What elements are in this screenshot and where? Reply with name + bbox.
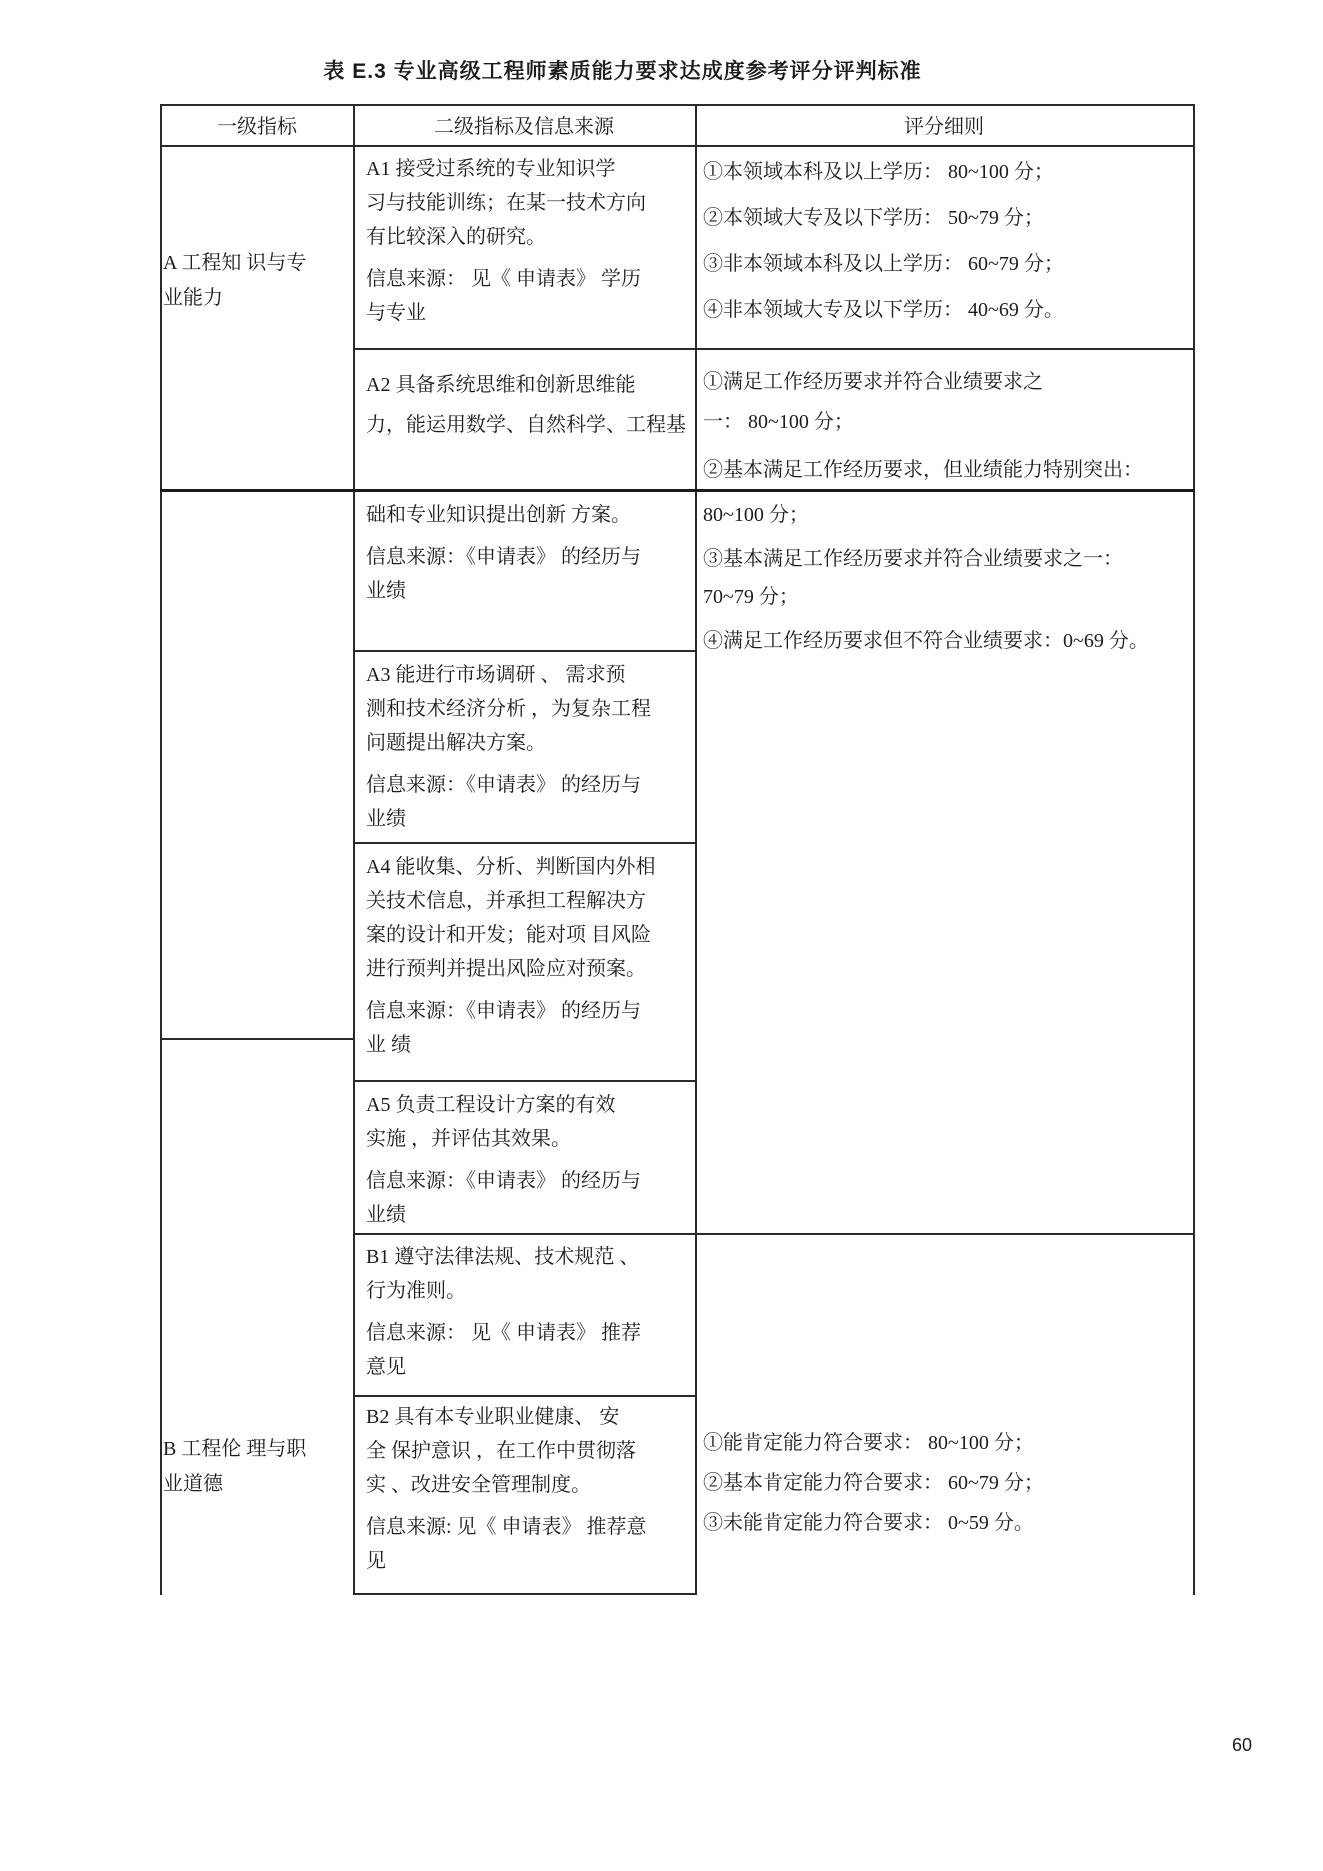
cell-a3: A3 能进行市场调研 、 需求预 测和技术经济分析 ，为复杂工程 问题提出解决方… — [366, 658, 688, 844]
indicator-b: B 工程伦 理与职 业道德 — [163, 1432, 351, 1502]
table-border-row-b1 — [353, 1395, 697, 1397]
score-a1-item3: ③非本领域本科及以上学历： 60~79 分； — [703, 247, 1185, 281]
cell-score-b: ①能肯定能力符合要求： 80~100 分； ②基本肯定能力符合要求： 60~79… — [703, 1426, 1185, 1546]
table-border-col1-col2 — [353, 104, 355, 1595]
header-col2: 二级指标及信息来源 — [355, 112, 693, 142]
cell-a4: A4 能收集、分析、判断国内外相 关技术信息，并承担工程解决方 案的设计和开发；… — [366, 850, 688, 1070]
table-border-top — [160, 104, 1195, 106]
a2-description-part1: A2 具备系统思维和创新思维能 力，能运用数学、自然科学、工程基 — [366, 365, 688, 445]
cell-score-a2-part2: 80~100 分； ③基本满足工作经历要求并符合业绩要求之一： 70~79 分；… — [703, 496, 1185, 666]
score-b-item1: ①能肯定能力符合要求： 80~100 分； — [703, 1426, 1185, 1460]
cell-a5: A5 负责工程设计方案的有效 实施 ，并评估其效果。 信息来源：《申请表》 的经… — [366, 1088, 688, 1240]
score-a2-item2-end: 80~100 分； — [703, 496, 1185, 534]
a2-description-part2: 础和专业知识提出创新 方案。 — [366, 498, 688, 532]
table-border-row-a1 — [353, 348, 1195, 350]
score-a2-item4: ④满足工作经历要求但不符合业绩要求：0~69 分。 — [703, 622, 1185, 660]
cell-b1: B1 遵守法律法规、技术规范 、 行为准则。 信息来源： 见《 申请表》 推荐 … — [366, 1240, 688, 1392]
table-title: 表 E.3 专业高级工程师素质能力要求达成度参考评分评判标准 — [100, 55, 1145, 85]
score-a2-item2-start: ②基本满足工作经历要求，但业绩能力特别突出： — [703, 450, 1185, 490]
header-col1: 一级指标 — [162, 112, 352, 142]
a1-source: 信息来源： 见《 申请表》 学历 与专业 — [366, 262, 688, 330]
a5-description: A5 负责工程设计方案的有效 实施 ，并评估其效果。 — [366, 1088, 688, 1156]
table-border-right — [1193, 104, 1195, 1595]
score-a2-item3: ③基本满足工作经历要求并符合业绩要求之一： 70~79 分； — [703, 540, 1185, 616]
score-a1-item1: ①本领域本科及以上学历： 80~100 分； — [703, 155, 1185, 189]
cell-a2-part2: 础和专业知识提出创新 方案。 信息来源：《申请表》 的经历与 业绩 — [366, 498, 688, 616]
b2-source: 信息来源: 见《 申请表》 推荐意 见 — [366, 1510, 688, 1578]
b1-source: 信息来源： 见《 申请表》 推荐 意见 — [366, 1316, 688, 1384]
score-b-item2: ②基本肯定能力符合要求： 60~79 分； — [703, 1466, 1185, 1500]
table-border-col2-col3 — [695, 104, 697, 1595]
table-border-row-a4 — [353, 1080, 697, 1082]
cell-score-a1: ①本领域本科及以上学历： 80~100 分； ②本领域大专及以下学历： 50~7… — [703, 155, 1185, 339]
a3-source: 信息来源：《申请表》 的经历与 业绩 — [366, 768, 688, 836]
header-col3: 评分细则 — [697, 112, 1191, 142]
cell-a1: A1 接受过系统的专业知识学 习与技能训练；在某一技术方向 有比较深入的研究。 … — [366, 152, 688, 338]
score-a1-item4: ④非本领域大专及以下学历： 40~69 分。 — [703, 293, 1185, 327]
score-a2-item1: ①满足工作经历要求并符合业绩要求之 一： 80~100 分； — [703, 362, 1185, 442]
table-border-header-bottom — [160, 145, 1195, 147]
table-border-left — [160, 104, 162, 1595]
table-border-col1-a-b — [160, 1038, 355, 1040]
cell-b2: B2 具有本专业职业健康、 安 全 保护意识 ，在工作中贯彻落 实 、改进安全管… — [366, 1400, 688, 1586]
cell-score-a2-part1: ①满足工作经历要求并符合业绩要求之 一： 80~100 分； ②基本满足工作经历… — [703, 362, 1185, 498]
a5-source: 信息来源：《申请表》 的经历与 业绩 — [366, 1164, 688, 1232]
table-border-bottom — [353, 1593, 697, 1595]
document-page: 表 E.3 专业高级工程师素质能力要求达成度参考评分评判标准 一级指标 二级指标… — [0, 0, 1323, 1871]
score-b-item3: ③未能肯定能力符合要求： 0~59 分。 — [703, 1506, 1185, 1540]
page-number: 60 — [1232, 1735, 1252, 1756]
a4-source: 信息来源：《申请表》 的经历与 业 绩 — [366, 994, 688, 1062]
a4-description: A4 能收集、分析、判断国内外相 关技术信息，并承担工程解决方 案的设计和开发；… — [366, 850, 688, 986]
cell-a2-part1: A2 具备系统思维和创新思维能 力，能运用数学、自然科学、工程基 — [366, 365, 688, 453]
a3-description: A3 能进行市场调研 、 需求预 测和技术经济分析 ，为复杂工程 问题提出解决方… — [366, 658, 688, 760]
indicator-a: A 工程知 识与专 业能力 — [163, 246, 351, 316]
a1-description: A1 接受过系统的专业知识学 习与技能训练；在某一技术方向 有比较深入的研究。 — [366, 152, 688, 254]
score-a1-item2: ②本领域大专及以下学历： 50~79 分； — [703, 201, 1185, 235]
table-border-row-a2 — [353, 650, 697, 652]
b1-description: B1 遵守法律法规、技术规范 、 行为准则。 — [366, 1240, 688, 1308]
a2-source: 信息来源：《申请表》 的经历与 业绩 — [366, 540, 688, 608]
b2-description: B2 具有本专业职业健康、 安 全 保护意识 ，在工作中贯彻落 实 、改进安全管… — [366, 1400, 688, 1502]
